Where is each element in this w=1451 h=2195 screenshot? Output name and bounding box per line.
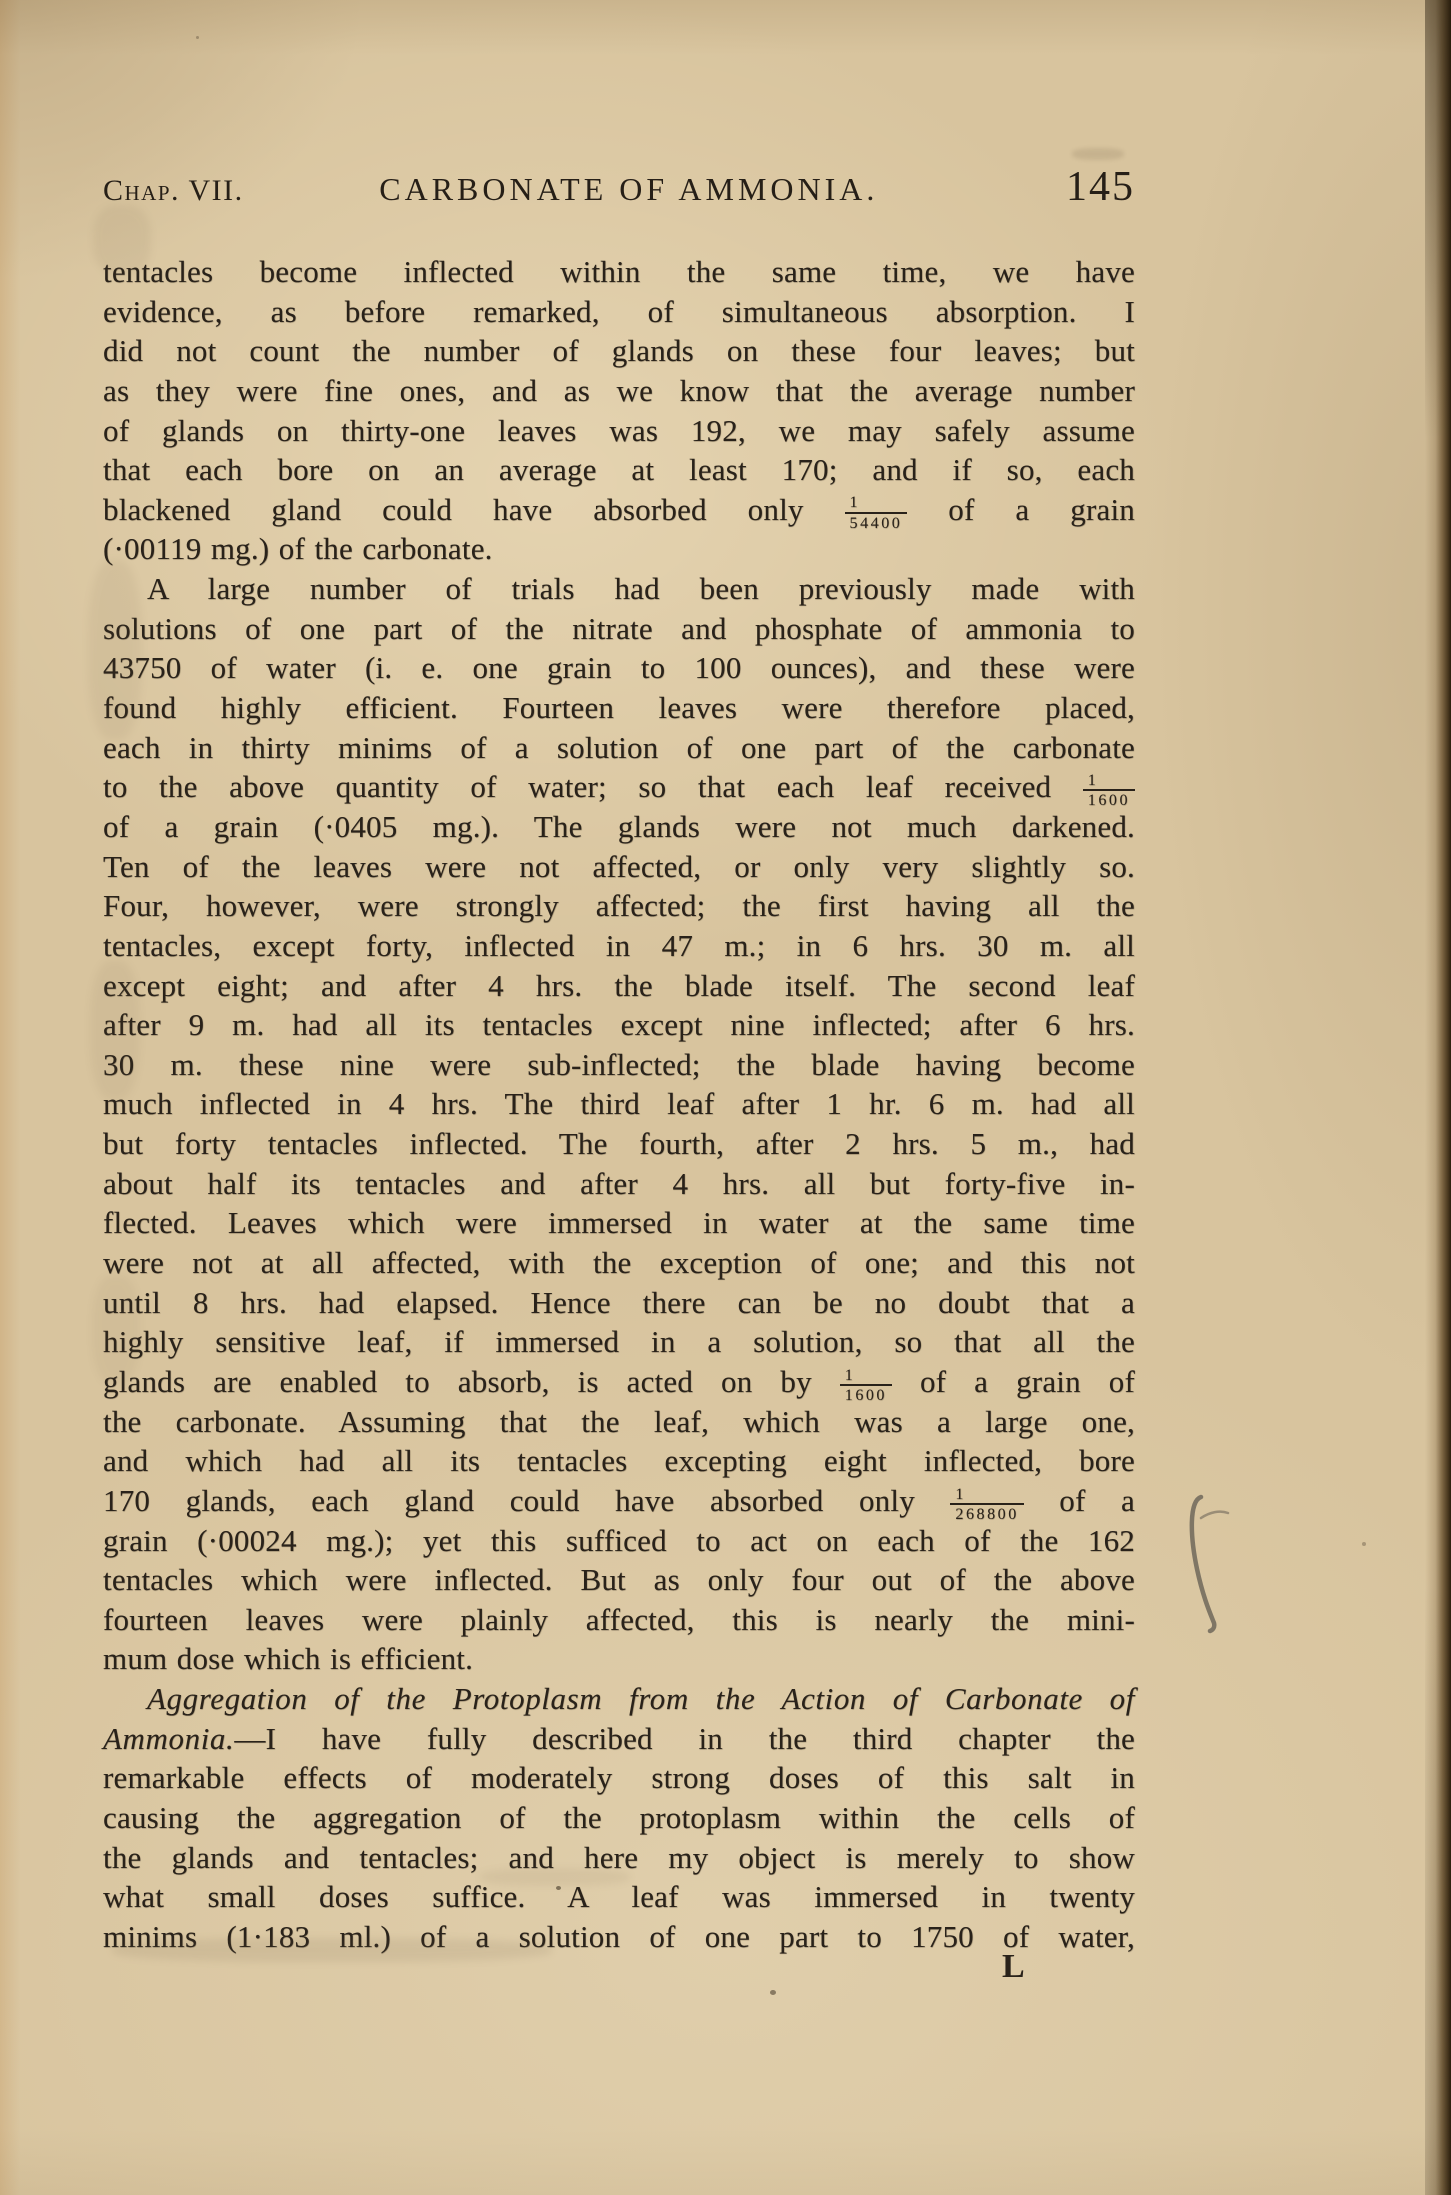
body-line: remarkable effects of moderately strong … (103, 1758, 1135, 1798)
body-line: each in thirty minims of a solution of o… (103, 728, 1135, 768)
inline-fraction: 154400 (845, 494, 908, 532)
book-page-scan: Chap. VII. CARBONATE OF AMMONIA. 145 ten… (0, 0, 1451, 2195)
body-line: the carbonate. Assuming that the leaf, w… (103, 1402, 1135, 1442)
body-line: tentacles, except forty, inflected in 47… (103, 926, 1135, 966)
body-line: except eight; and after 4 hrs. the blade… (103, 966, 1135, 1006)
body-line: found highly efficient. Fourteen leaves … (103, 688, 1135, 728)
running-head: Chap. VII. CARBONATE OF AMMONIA. 145 (103, 163, 1135, 211)
inline-fraction: 11600 (840, 1367, 892, 1405)
body-line: tentacles become inflected within the sa… (103, 252, 1135, 292)
body-line: minims (1·183 ml.) of a solution of one … (103, 1917, 1135, 1957)
body-line: as they were fine ones, and as we know t… (103, 371, 1135, 411)
page-fore-edge (1425, 0, 1451, 2195)
page-body: tentacles become inflected within the sa… (103, 252, 1135, 1957)
body-line: what small doses suffice. A leaf was imm… (103, 1877, 1135, 1917)
body-line: about half its tentacles and after 4 hrs… (103, 1164, 1135, 1204)
body-line: (·00119 mg.) of the carbonate. (103, 529, 1135, 569)
body-line: blackened gland could have absorbed only… (103, 490, 1135, 530)
inline-fraction: 11600 (1083, 772, 1135, 810)
body-line: Ten of the leaves were not affected, or … (103, 847, 1135, 887)
show-through-ghost (1072, 148, 1124, 160)
body-line: A large number of trials had been previo… (103, 569, 1135, 609)
ink-speck (770, 1990, 776, 1995)
body-line: until 8 hrs. had elapsed. Hence there ca… (103, 1283, 1135, 1323)
body-line: highly sensitive leaf, if immersed in a … (103, 1322, 1135, 1362)
body-line: evidence, as before remarked, of simulta… (103, 292, 1135, 332)
body-line: to the above quantity of water; so that … (103, 767, 1135, 807)
body-line: 43750 of water (i. e. one grain to 100 o… (103, 648, 1135, 688)
chapter-label: Chap. VII. (103, 174, 244, 208)
body-line: did not count the number of glands on th… (103, 331, 1135, 371)
body-line: and which had all its tentacles exceptin… (103, 1441, 1135, 1481)
body-line: tentacles which were inflected. But as o… (103, 1560, 1135, 1600)
signature-mark: L (1002, 1948, 1026, 1986)
body-line: much inflected in 4 hrs. The third leaf … (103, 1084, 1135, 1124)
body-line: grain (·00024 mg.); yet this sufficed to… (103, 1521, 1135, 1561)
inline-fraction: 1268800 (950, 1486, 1023, 1524)
body-line: fourteen leaves were plainly affected, t… (103, 1600, 1135, 1640)
body-line: were not at all affected, with the excep… (103, 1243, 1135, 1283)
ink-speck (1362, 1542, 1366, 1546)
body-line: of a grain (·0405 mg.). The glands were … (103, 807, 1135, 847)
body-line: that each bore on an average at least 17… (103, 450, 1135, 490)
body-line: but forty tentacles inflected. The fourt… (103, 1124, 1135, 1164)
body-line: Four, however, were strongly affected; t… (103, 886, 1135, 926)
body-line: mum dose which is efficient. (103, 1639, 1135, 1679)
body-line: 170 glands, each gland could have absorb… (103, 1481, 1135, 1521)
body-line: causing the aggregation of the protoplas… (103, 1798, 1135, 1838)
body-line: Aggregation of the Protoplasm from the A… (103, 1679, 1135, 1719)
body-line: flected. Leaves which were immersed in w… (103, 1203, 1135, 1243)
body-line: solutions of one part of the nitrate and… (103, 609, 1135, 649)
body-line: the glands and tentacles; and here my ob… (103, 1838, 1135, 1878)
body-line: 30 m. these nine were sub-inflected; the… (103, 1045, 1135, 1085)
page-number: 145 (1066, 163, 1135, 211)
page-title: CARBONATE OF AMMONIA. (379, 171, 878, 208)
ink-speck (196, 36, 199, 39)
body-line: glands are enabled to absorb, is acted o… (103, 1362, 1135, 1402)
body-line: after 9 m. had all its tentacles except … (103, 1005, 1135, 1045)
body-line: Ammonia.—I have fully described in the t… (103, 1719, 1135, 1759)
body-line: of glands on thirty-one leaves was 192, … (103, 411, 1135, 451)
